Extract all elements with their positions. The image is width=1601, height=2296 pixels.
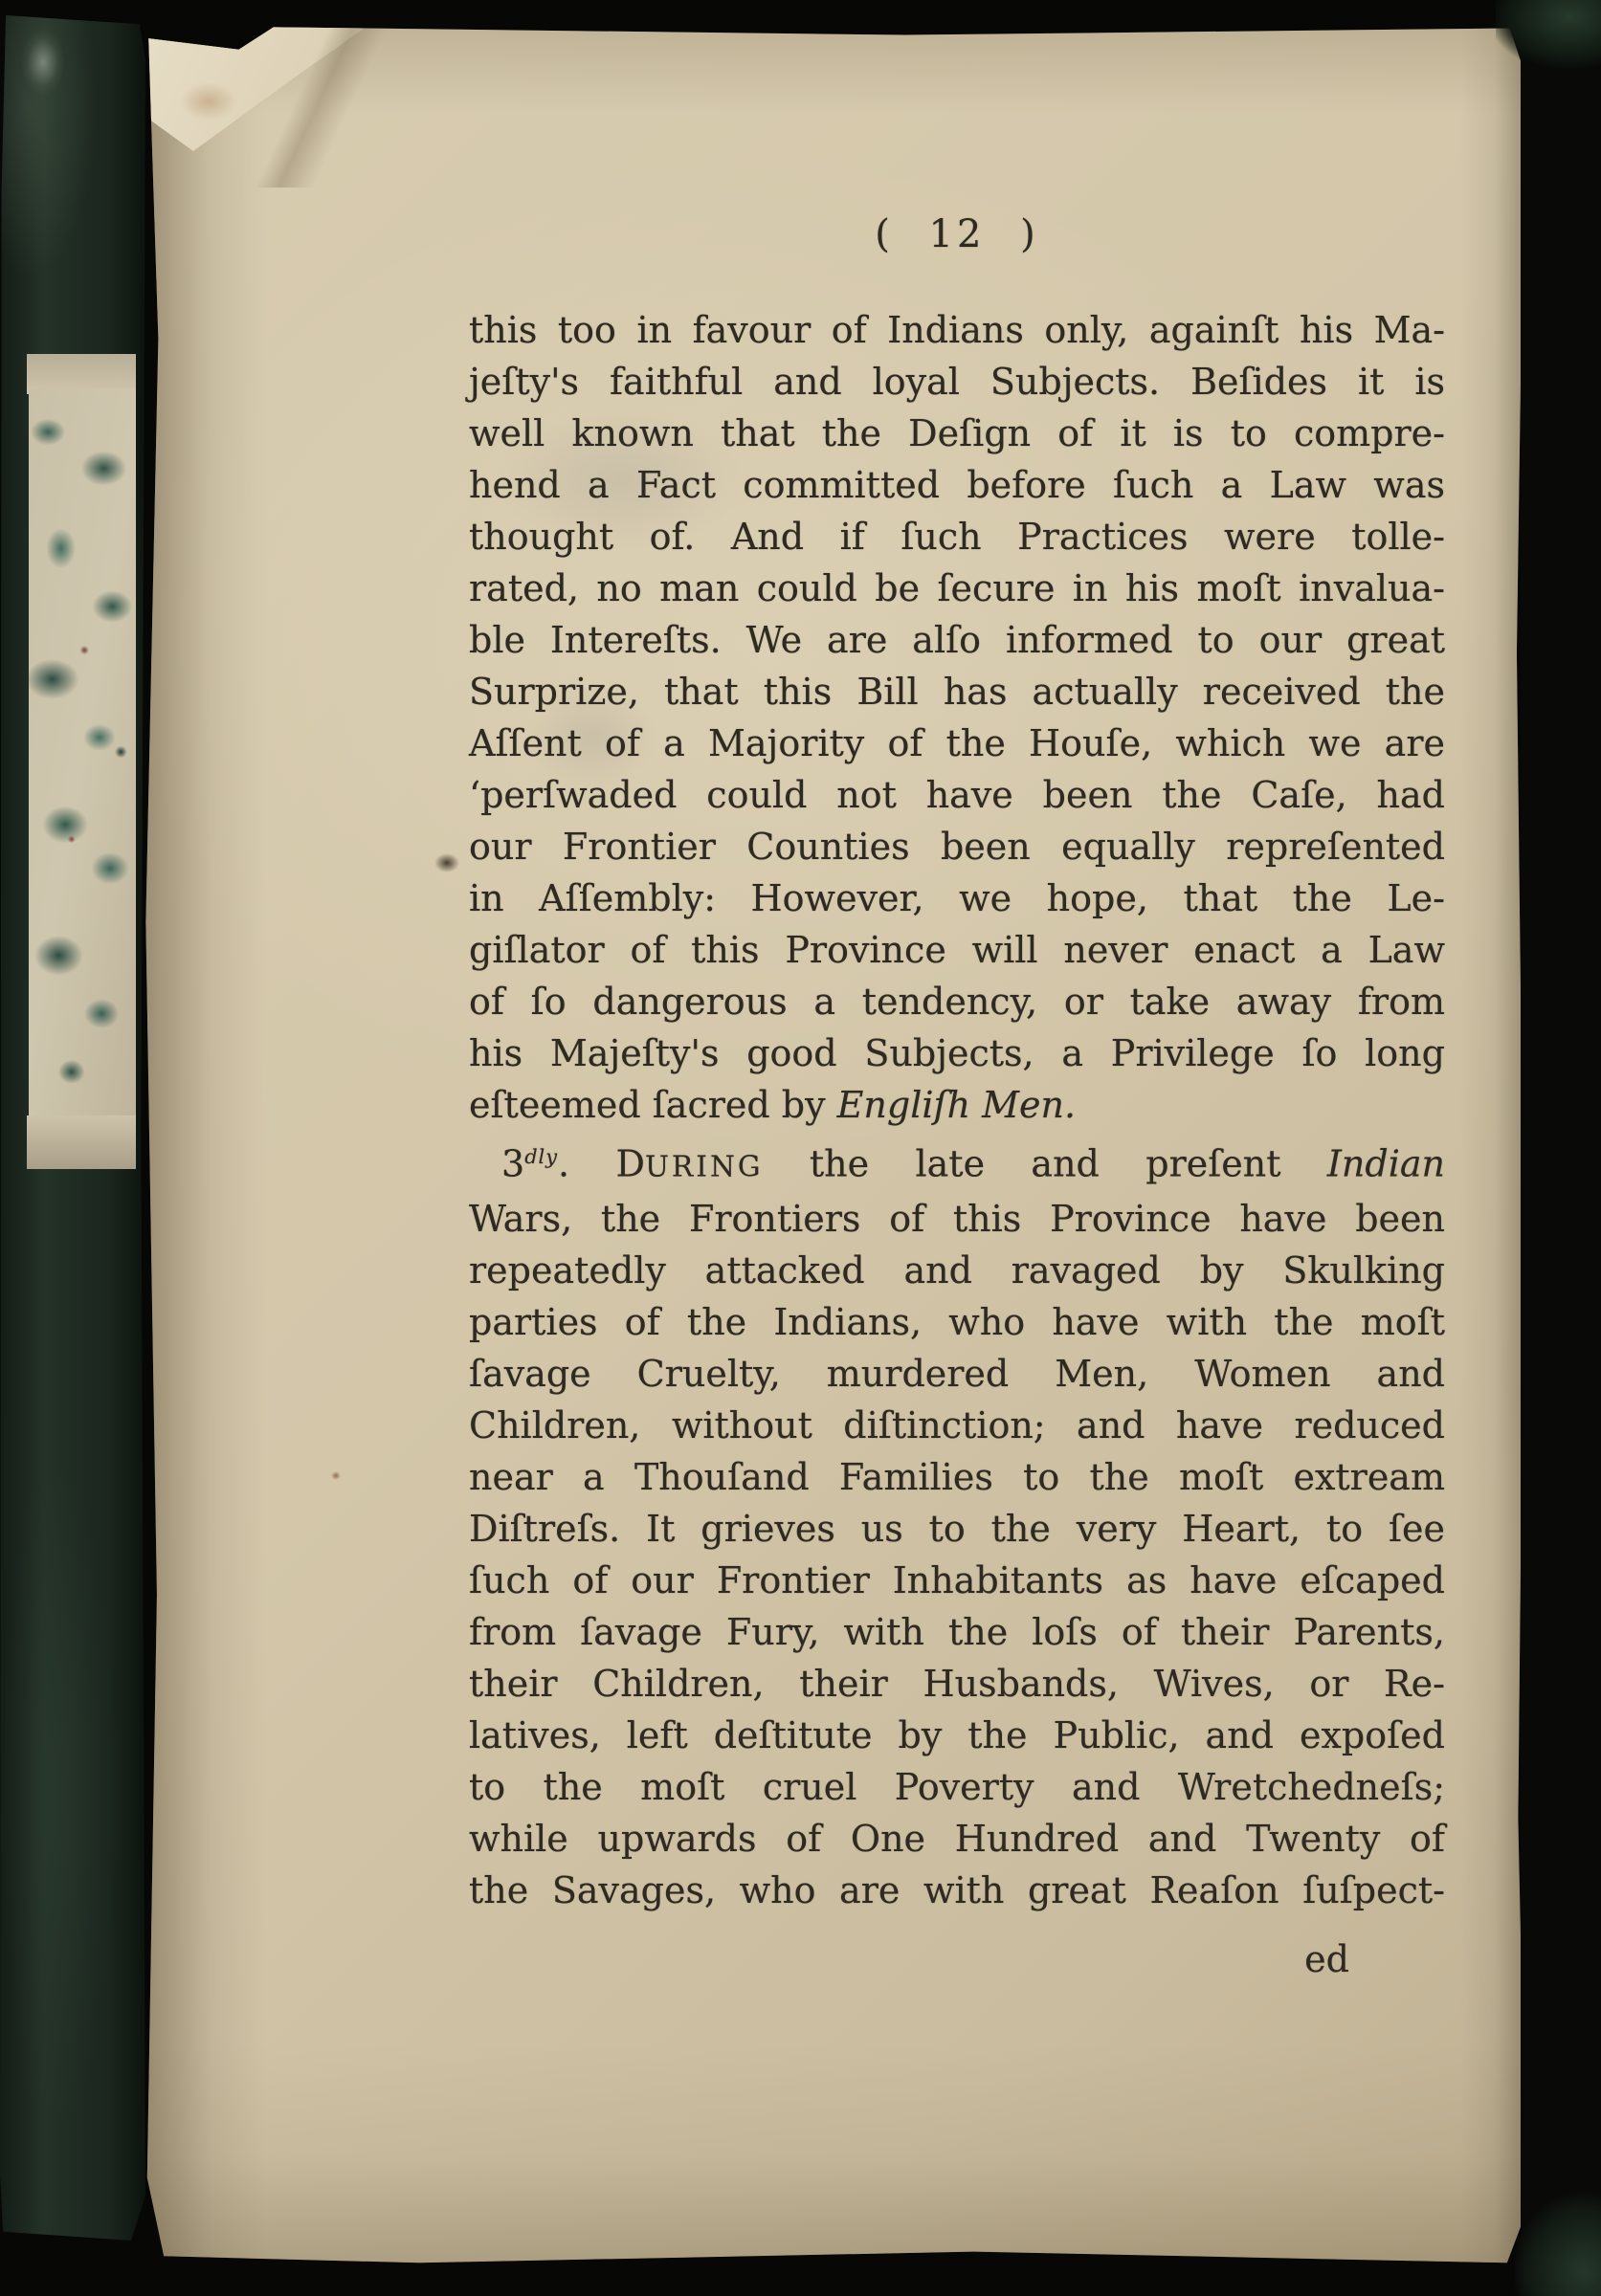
foxing-speck: [331, 1471, 341, 1480]
text-line: repeatedly attacked and ravaged by Skulk…: [469, 1245, 1445, 1296]
text-line: this too in favour of Indians only, agai…: [469, 304, 1445, 356]
text-line: to the moſt cruel Poverty and Wretchedne…: [469, 1761, 1445, 1813]
text-line: Children, without diſtinction; and have …: [469, 1400, 1445, 1451]
ink-blot: [434, 853, 459, 872]
text-line: hend a Fact committed before ſuch a Law …: [469, 459, 1445, 511]
marbled-endpaper: [29, 388, 136, 1115]
text-line: jeſty's faithful and loyal Subjects. Beſ…: [469, 356, 1445, 408]
text-line: Surprize, that this Bill has actually re…: [469, 666, 1445, 717]
text-line: well known that the Deſign of it is to c…: [469, 408, 1445, 459]
text-line: near a Thouſand Families to the moſt ext…: [469, 1451, 1445, 1503]
cover-sliver-top-right: [1496, 0, 1601, 82]
book-page: ( 12 ) this too in favour of Indians onl…: [142, 25, 1529, 2267]
catchword: ed: [469, 1938, 1349, 1980]
page-text: this too in favour of Indians only, agai…: [469, 304, 1445, 1916]
text-line: ſavage Cruelty, murdered Men, Women and: [469, 1348, 1445, 1400]
endpaper-edge-bottom: [27, 1115, 136, 1169]
text-line: thought of. And if ſuch Practices were t…: [469, 511, 1445, 563]
text-line: parties of the Indians, who have with th…: [469, 1296, 1445, 1348]
text-line: ‘perſwaded could not have been the Caſe,…: [469, 769, 1445, 821]
text-line: ſuch of our Frontier Inhabitants as have…: [469, 1555, 1445, 1606]
text-line: in Aſſembly: However, we hope, that the …: [469, 872, 1445, 924]
cover-worn-edge: [21, 29, 65, 96]
text-line: his Majeſty's good Subjects, a Privilege…: [469, 1027, 1445, 1079]
text-line: ble Intereſts. We are alſo informed to o…: [469, 614, 1445, 666]
page-number: ( 12 ): [469, 212, 1445, 256]
paragraph: 3dly. DURING the late and preſent Indian…: [469, 1131, 1445, 1916]
text-line: giſlator of this Province will never ena…: [469, 924, 1445, 976]
text-line: their Children, their Husbands, Wives, o…: [469, 1658, 1445, 1710]
text-line: our Frontier Counties been equally repre…: [469, 821, 1445, 872]
text-line: rated, no man could be ſecure in his moſ…: [469, 563, 1445, 614]
text-line: of ſo dangerous a tendency, or take away…: [469, 976, 1445, 1027]
text-line: from ſavage Fury, with the loſs of their…: [469, 1606, 1445, 1658]
text-line: 3dly. DURING the late and preſent Indian: [469, 1131, 1445, 1193]
text-line: Aſſent of a Majority of the Houſe, which…: [469, 717, 1445, 769]
text-line: while upwards of One Hundred and Twenty …: [469, 1813, 1445, 1865]
text-line: Diſtreſs. It grieves us to the very Hear…: [469, 1503, 1445, 1555]
scan-background-right: [1521, 0, 1601, 2296]
text-line: Wars, the Frontiers of this Province hav…: [469, 1193, 1445, 1245]
foxing-stain: [180, 82, 237, 121]
text-line: the Savages, who are with great Reaſon ſ…: [469, 1865, 1445, 1916]
text-line: latives, left deſtitute by the Public, a…: [469, 1710, 1445, 1761]
cover-sliver-bottom-right: [1515, 2172, 1601, 2296]
paragraph: this too in favour of Indians only, agai…: [469, 304, 1445, 1131]
book-page-scan: ( 12 ) this too in favour of Indians onl…: [0, 0, 1601, 2296]
text-line: eſteemed ſacred by Engliſh Men.: [469, 1079, 1445, 1131]
